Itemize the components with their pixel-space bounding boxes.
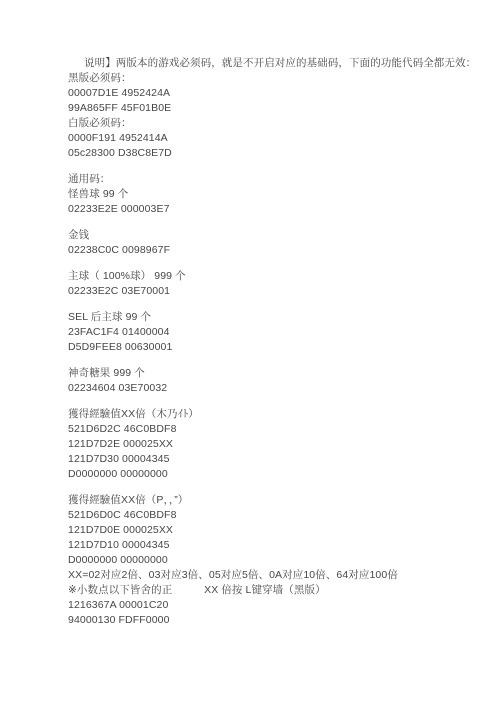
text-line: 主球（ 100%球） 999 个 bbox=[68, 269, 472, 284]
text-line: XX=02对应2倍、03对应3倍、05对应5倍、0A对应10倍、64对应100倍 bbox=[68, 568, 472, 583]
text-line: D5D9FEE8 00630001 bbox=[68, 340, 472, 355]
text-line: 白版必须码： bbox=[68, 116, 472, 131]
text-line: D0000000 00000000 bbox=[68, 553, 472, 568]
text-line: 獲得經驗值XX倍（木乃ｲﾄ） bbox=[68, 407, 472, 422]
text-line: 02233E2C 03E70001 bbox=[68, 284, 472, 299]
text-line: 怪兽球 99 个 bbox=[68, 187, 472, 202]
text-line: ※小数点以下皆舍的正 XX 倍按 L键穿墙（黑版） bbox=[68, 583, 472, 598]
text-line: 94000130 FDFF0000 bbox=[68, 613, 472, 628]
text-line: 521D6D0C 46C0BDF8 bbox=[68, 508, 472, 523]
text-line: 121D7D2E 000025XX bbox=[68, 437, 472, 452]
text-line: 121D7D10 00004345 bbox=[68, 538, 472, 553]
text-line: 23FAC1F4 01400004 bbox=[68, 325, 472, 340]
text-line: 121D7D0E 000025XX bbox=[68, 523, 472, 538]
text-line: 05c28300 D38C8E7D bbox=[68, 146, 472, 161]
document-page: 说明】两版本的游戏必须码，就是不开启对应的基础码，下面的功能代码全都无效：黑版必… bbox=[0, 0, 500, 708]
blank-line bbox=[68, 299, 472, 310]
text-line: 0000F191 4952414A bbox=[68, 131, 472, 146]
blank-line bbox=[68, 482, 472, 493]
text-line: 99A865FF 45F01B0E bbox=[68, 101, 472, 116]
text-line: 獲得經驗值XX倍（P，，”） bbox=[68, 493, 472, 508]
blank-line bbox=[68, 161, 472, 172]
text-line: 02238C0C 0098967F bbox=[68, 243, 472, 258]
text-line: 神奇糖果 999 个 bbox=[68, 366, 472, 381]
blank-line bbox=[68, 355, 472, 366]
text-line: 1216367A 00001C20 bbox=[68, 598, 472, 613]
blank-line bbox=[68, 217, 472, 228]
text-line: 黑版必须码： bbox=[68, 71, 472, 86]
text-line: 521D6D2C 46C0BDF8 bbox=[68, 422, 472, 437]
text-line: 00007D1E 4952424A bbox=[68, 86, 472, 101]
blank-line bbox=[68, 258, 472, 269]
text-line: 121D7D30 00004345 bbox=[68, 452, 472, 467]
text-line: SEL 后主球 99 个 bbox=[68, 310, 472, 325]
text-line: D0000000 00000000 bbox=[68, 467, 472, 482]
text-line: 说明】两版本的游戏必须码，就是不开启对应的基础码，下面的功能代码全都无效： bbox=[68, 56, 472, 71]
blank-line bbox=[68, 396, 472, 407]
text-line: 金钱 bbox=[68, 228, 472, 243]
text-line: 02233E2E 000003E7 bbox=[68, 202, 472, 217]
document-body: 说明】两版本的游戏必须码，就是不开启对应的基础码，下面的功能代码全都无效：黑版必… bbox=[68, 56, 472, 628]
text-line: 通用码： bbox=[68, 172, 472, 187]
text-line: 02234604 03E70032 bbox=[68, 381, 472, 396]
